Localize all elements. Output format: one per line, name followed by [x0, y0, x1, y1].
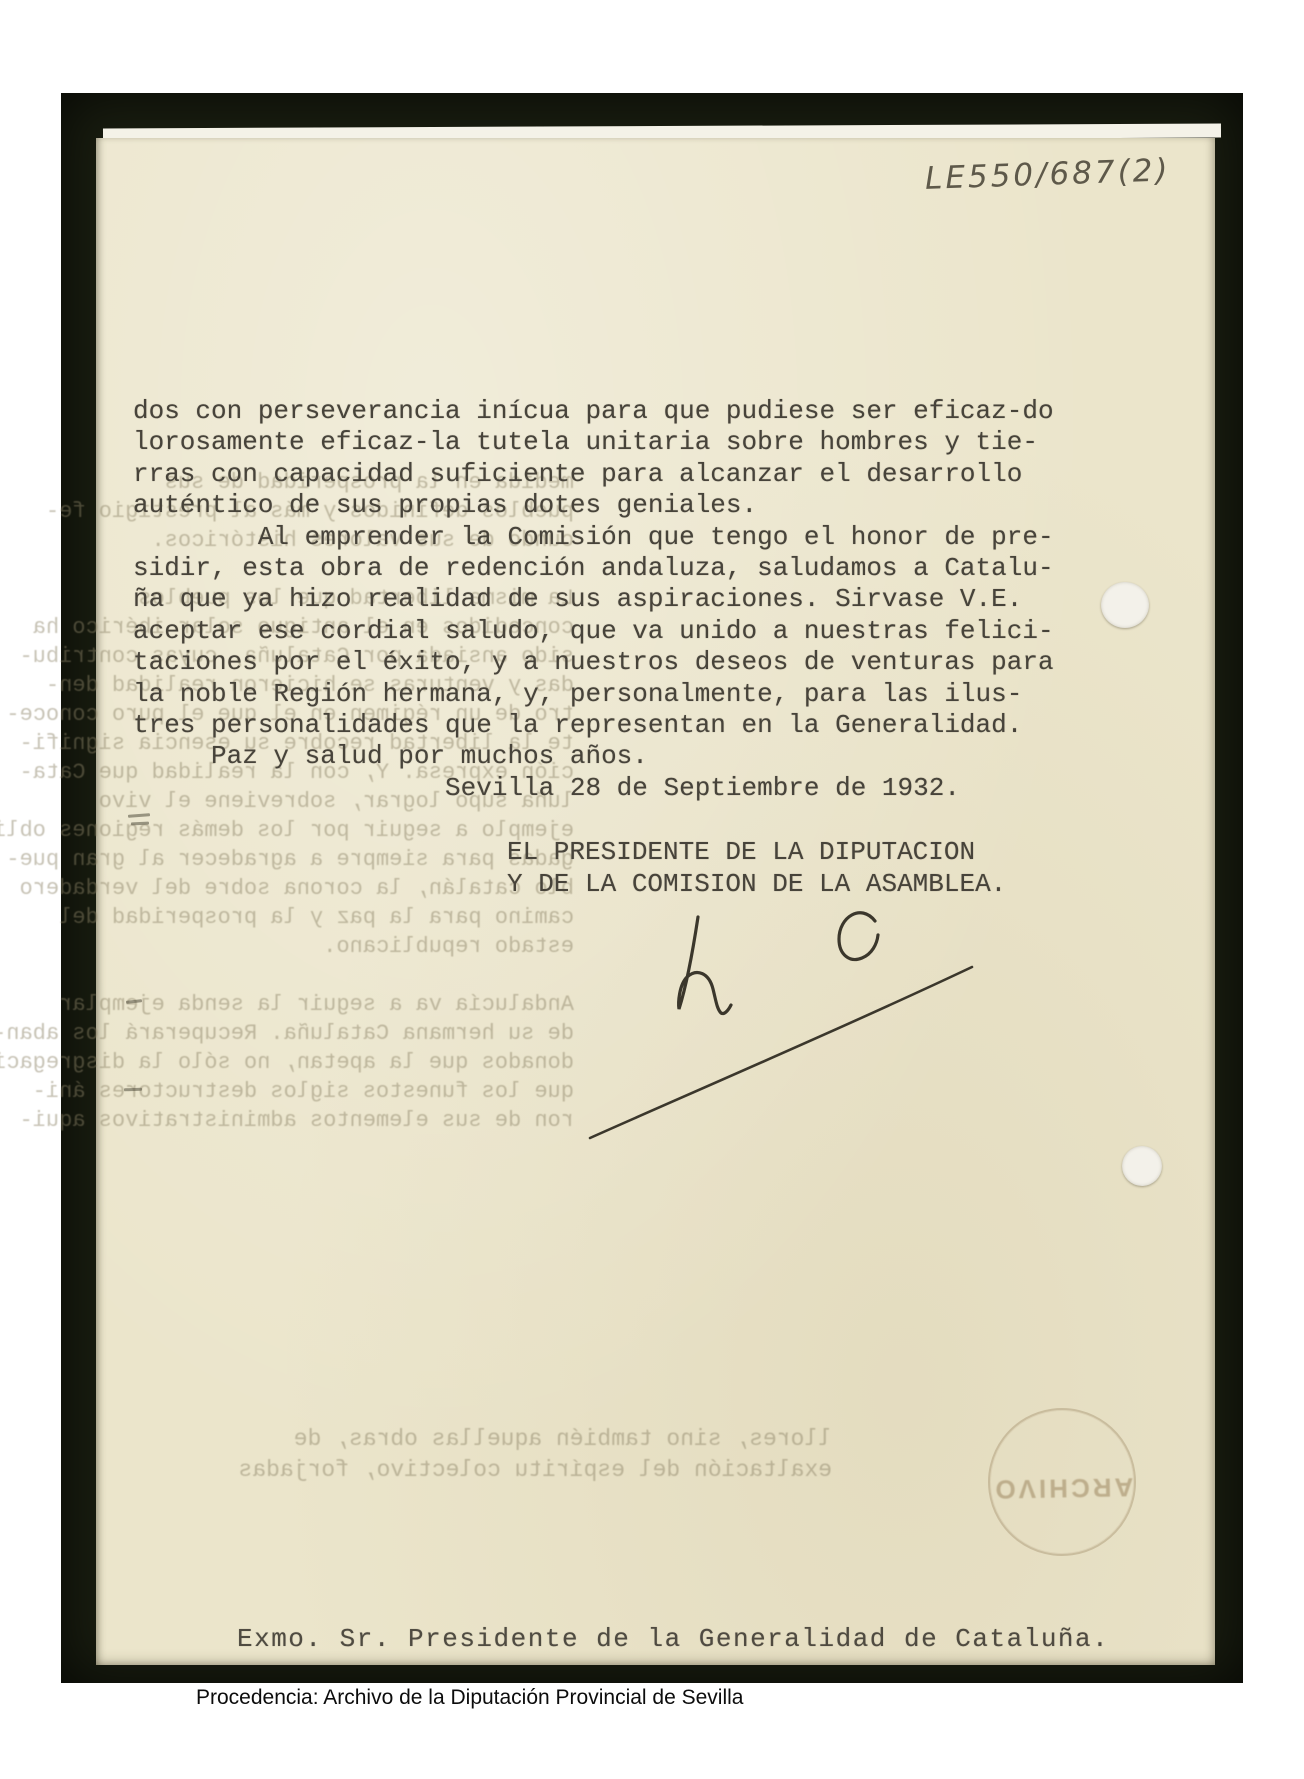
- letter-body-text: dos con perseverancia inícua para que pu…: [133, 396, 1054, 804]
- archive-stamp-label: ARCHIVO: [992, 1471, 1133, 1504]
- scanned-letter-page: medida en la prosperidad de sus pueblos …: [0, 0, 1304, 1779]
- provenance-caption: Procedencia: Archivo de la Diputación Pr…: [196, 1686, 743, 1710]
- bleedthrough-text-bottom: llores, sino también aquellas obras, de …: [172, 1424, 832, 1486]
- signature-handwriting: [545, 895, 1005, 1150]
- margin-mark: [124, 1088, 142, 1092]
- punch-hole: [1122, 1146, 1162, 1186]
- signer-title-block: EL PRESIDENTE DE LA DIPUTACION Y DE LA C…: [507, 836, 1006, 900]
- punch-hole: [1101, 582, 1149, 628]
- addressee-line: Exmo. Sr. Presidente de la Generalidad d…: [237, 1624, 1109, 1654]
